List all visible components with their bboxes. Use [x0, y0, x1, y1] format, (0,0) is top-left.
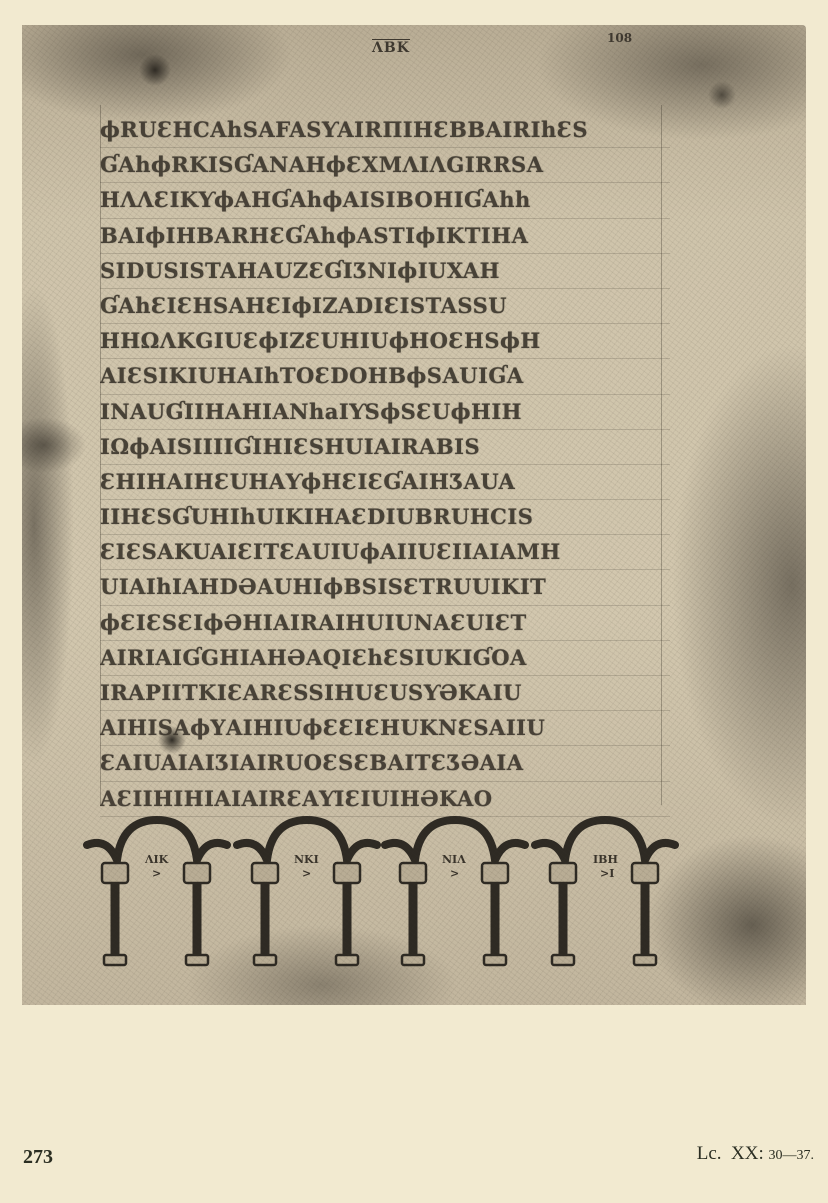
arch — [237, 820, 377, 965]
text-line: AIƐSIKIUHAIhTOƐDOHBϕSAUIƓA — [100, 359, 670, 394]
reference-verses: 30—37. — [769, 1148, 815, 1163]
quire-mark: ΛΒΚ — [372, 39, 410, 56]
text-line: AIRIAIƓGHIAHƏAQIƐhƐSIUKIƓOA — [100, 641, 670, 676]
canon-sub: >Ι — [600, 867, 614, 880]
canon-sub: > — [450, 867, 459, 880]
arch — [535, 820, 675, 965]
text-line: ƐIƐSAKUAIƐITƐAUIUϕAIIUƐIIAIAΜΗ — [100, 535, 670, 570]
manuscript-text: ϕRUƐHCAhSAFASƳAIRΠIHƐBBAIRIhƐS ƓAhϕRKISƓ… — [100, 113, 670, 817]
text-line: ƓAhϕRKISƓANAHϕƐXΜΛIΛGIRRSA — [100, 148, 670, 183]
reference-chapter: XX: — [731, 1143, 764, 1164]
text-line: ƓAhƐIƐHSAHƐIϕIZADIƐISTASSU — [100, 289, 670, 324]
text-line: BAIϕIHBARHƐƓAhϕASTIϕIKTIHA — [100, 219, 670, 254]
arch — [385, 820, 525, 965]
text-line: AƐIIHIHIAIAIRƐAƳIƐIUIHƏKAO — [100, 782, 670, 817]
text-line: INAUƓIIHAHIANhaIƳSϕSƐUϕHIH — [100, 395, 670, 430]
text-line: ΗΗΩΛKGIUƐϕIZƐUHIUϕHOƐHSϕH — [100, 324, 670, 359]
text-line: ƐAIUAIAIƷIAIRUOƐSƐBAITƐƷƏAIA — [100, 746, 670, 781]
canon-numeral: ΛΙΚ — [145, 853, 168, 866]
text-line: ϕRUƐHCAhSAFASƳAIRΠIHƐBBAIRIhƐS — [100, 113, 670, 148]
canon-numeral: ΝΙΛ — [442, 853, 466, 866]
text-line: AIHISAϕΥAIΗIUϕƐƐIƐHUKNƐSAIIU — [100, 711, 670, 746]
text-line: ΗΛΛƐIKƳϕAHƓAhϕAISIBOHIƓAhh — [100, 183, 670, 218]
canon-numeral: ΝΚΙ — [294, 853, 319, 866]
arch — [87, 820, 227, 965]
arcade-columns-icon — [82, 815, 682, 975]
page-number: 273 — [23, 1146, 53, 1169]
text-line: ΙΩϕAISIIIIƓIHIƐSHUIAIRABIS — [100, 430, 670, 465]
text-line: ƐHIHAIHƐUHAƳϕHƐIƐƓAIHƷAUA — [100, 465, 670, 500]
canon-arcade-illustration: ΛΙΚ > ΝΚΙ > ΝΙΛ > ΙΒΗ >Ι — [82, 815, 682, 975]
folio-number: 108 — [607, 31, 632, 45]
text-line: ϕƐIƐSƐIϕƏΗIAIRAIHUIUΝΑƐUIƐT — [100, 606, 670, 641]
text-line: IRAPIITKIƐARƐSSIHUƐUSƳƏKAIU — [100, 676, 670, 711]
text-line: UIAIhIAΗDƏAUHIϕBSISƐTRUUIKIT — [100, 570, 670, 605]
scripture-reference: Lc. XX: 30—37. — [697, 1143, 814, 1165]
reference-book: Lc. — [697, 1143, 722, 1164]
canon-sub: > — [152, 867, 161, 880]
text-line: IIHƐSƓUHIhUIKIHAƐDIUBRUHCIS — [100, 500, 670, 535]
canon-numeral: ΙΒΗ — [593, 853, 618, 866]
canon-sub: > — [302, 867, 311, 880]
manuscript-plate: ΛΒΚ 108 ϕRUƐHCAhSAFASƳAIRΠIHƐBBAIRIhƐS Ɠ… — [22, 25, 806, 1005]
text-line: SIDUSISTAHAUZƐƓIƷNIϕIUXAH — [100, 254, 670, 289]
